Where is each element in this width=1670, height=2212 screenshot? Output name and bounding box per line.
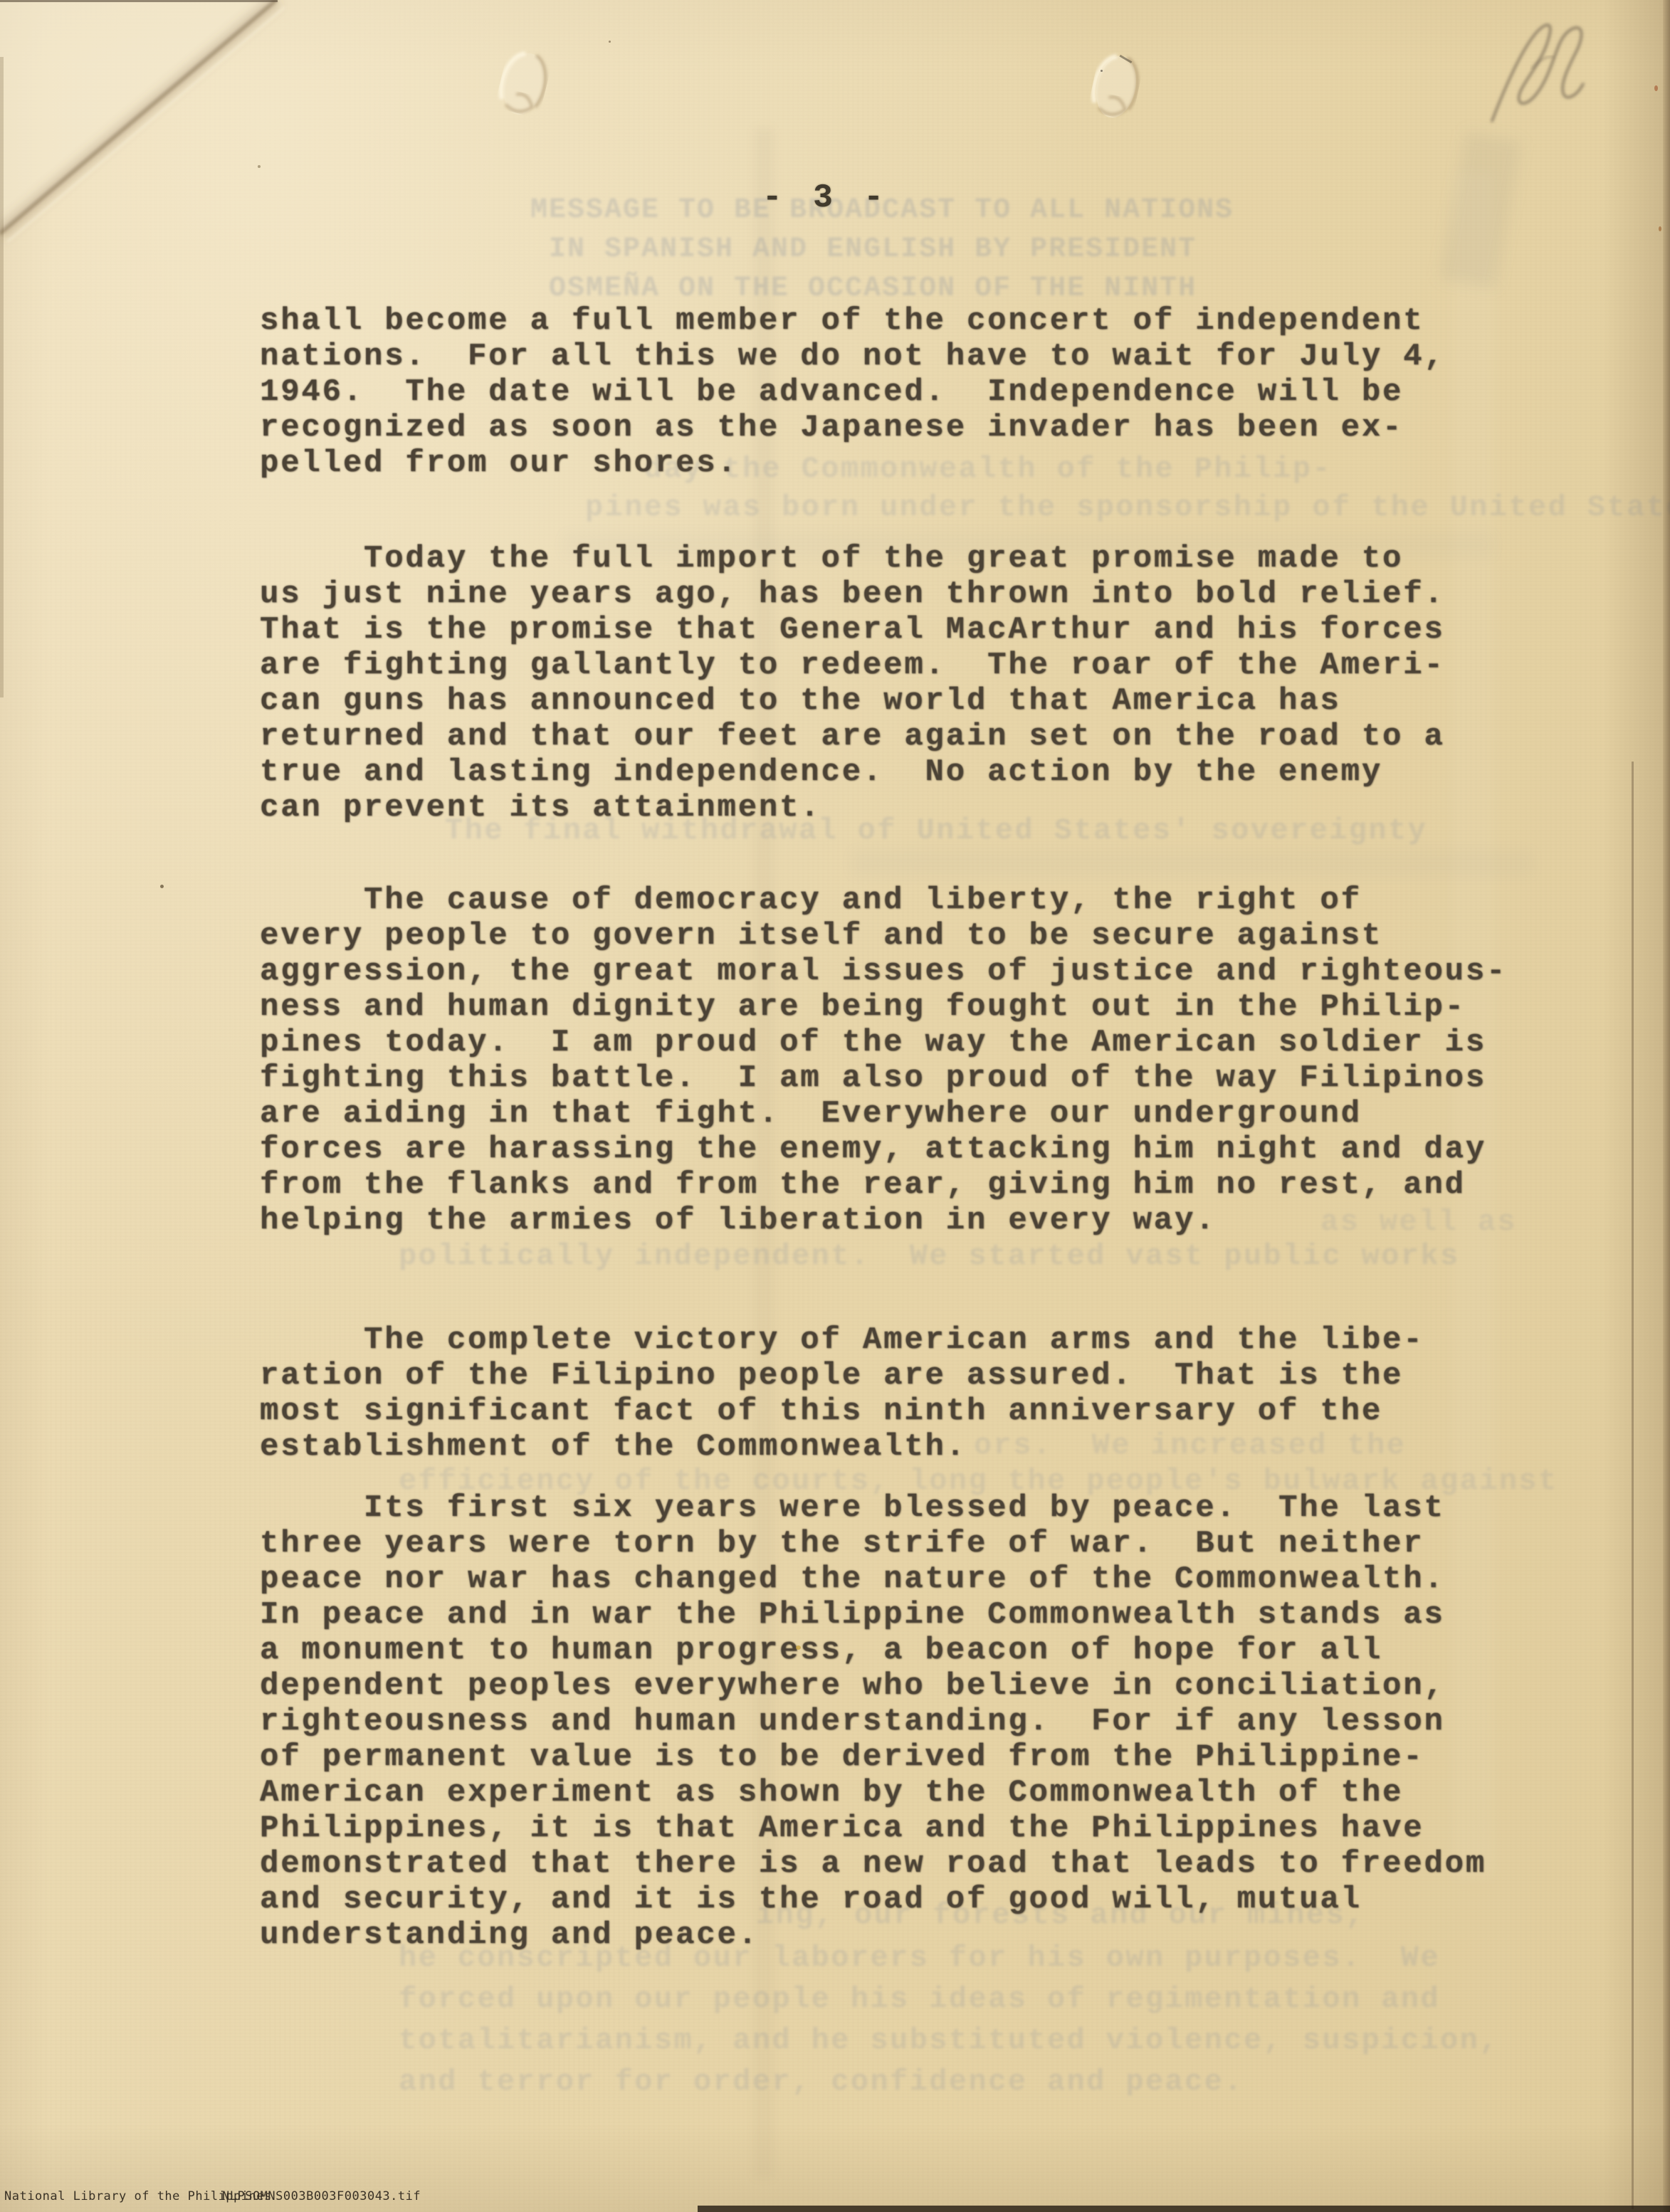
paragraph: The cause of democracy and liberty, the … — [260, 883, 1507, 1238]
paper-speck — [160, 885, 164, 888]
paper-speck — [258, 165, 261, 168]
paper-speck — [1659, 226, 1661, 231]
paragraph: shall become a full member of the concer… — [260, 303, 1445, 481]
page-number: - 3 - — [726, 179, 925, 216]
scan-edge-left — [0, 57, 4, 697]
ghost-bottom-block: he conscripted our laborers for his own … — [399, 1937, 1499, 2102]
scan-edge-right-line — [1632, 762, 1634, 2209]
pencil-scribble — [1492, 25, 1583, 121]
punch-hole-mark — [1088, 52, 1143, 122]
paragraph: Its first six years were blessed by peac… — [260, 1490, 1486, 1953]
fold-crease — [0, 0, 285, 242]
ghost-text-mid-page: politically independent. We started vast… — [399, 1237, 1460, 1275]
paper-speck — [1101, 70, 1103, 72]
pencil-smudge — [1439, 132, 1521, 289]
paper-speck — [796, 1645, 801, 1650]
paragraph: Today the full import of the great promi… — [260, 541, 1445, 826]
punch-hole-mark — [495, 48, 552, 120]
paragraph: The complete victory of American arms an… — [260, 1322, 1424, 1465]
footer-filename: NLPSOMNS003B003F003043.tif — [222, 2189, 421, 2203]
scan-edge-right-band — [1663, 0, 1670, 2212]
ghost-smudge-row — [851, 850, 1534, 877]
paper-speck — [1654, 85, 1658, 91]
scanned-document-page: MESSAGE TO BE BROADCAST TO ALL NATIONS I… — [0, 0, 1670, 2212]
scan-edge-top — [0, 0, 278, 2]
scan-edge-bottom — [698, 2206, 1670, 2212]
paper-speck — [609, 41, 611, 43]
